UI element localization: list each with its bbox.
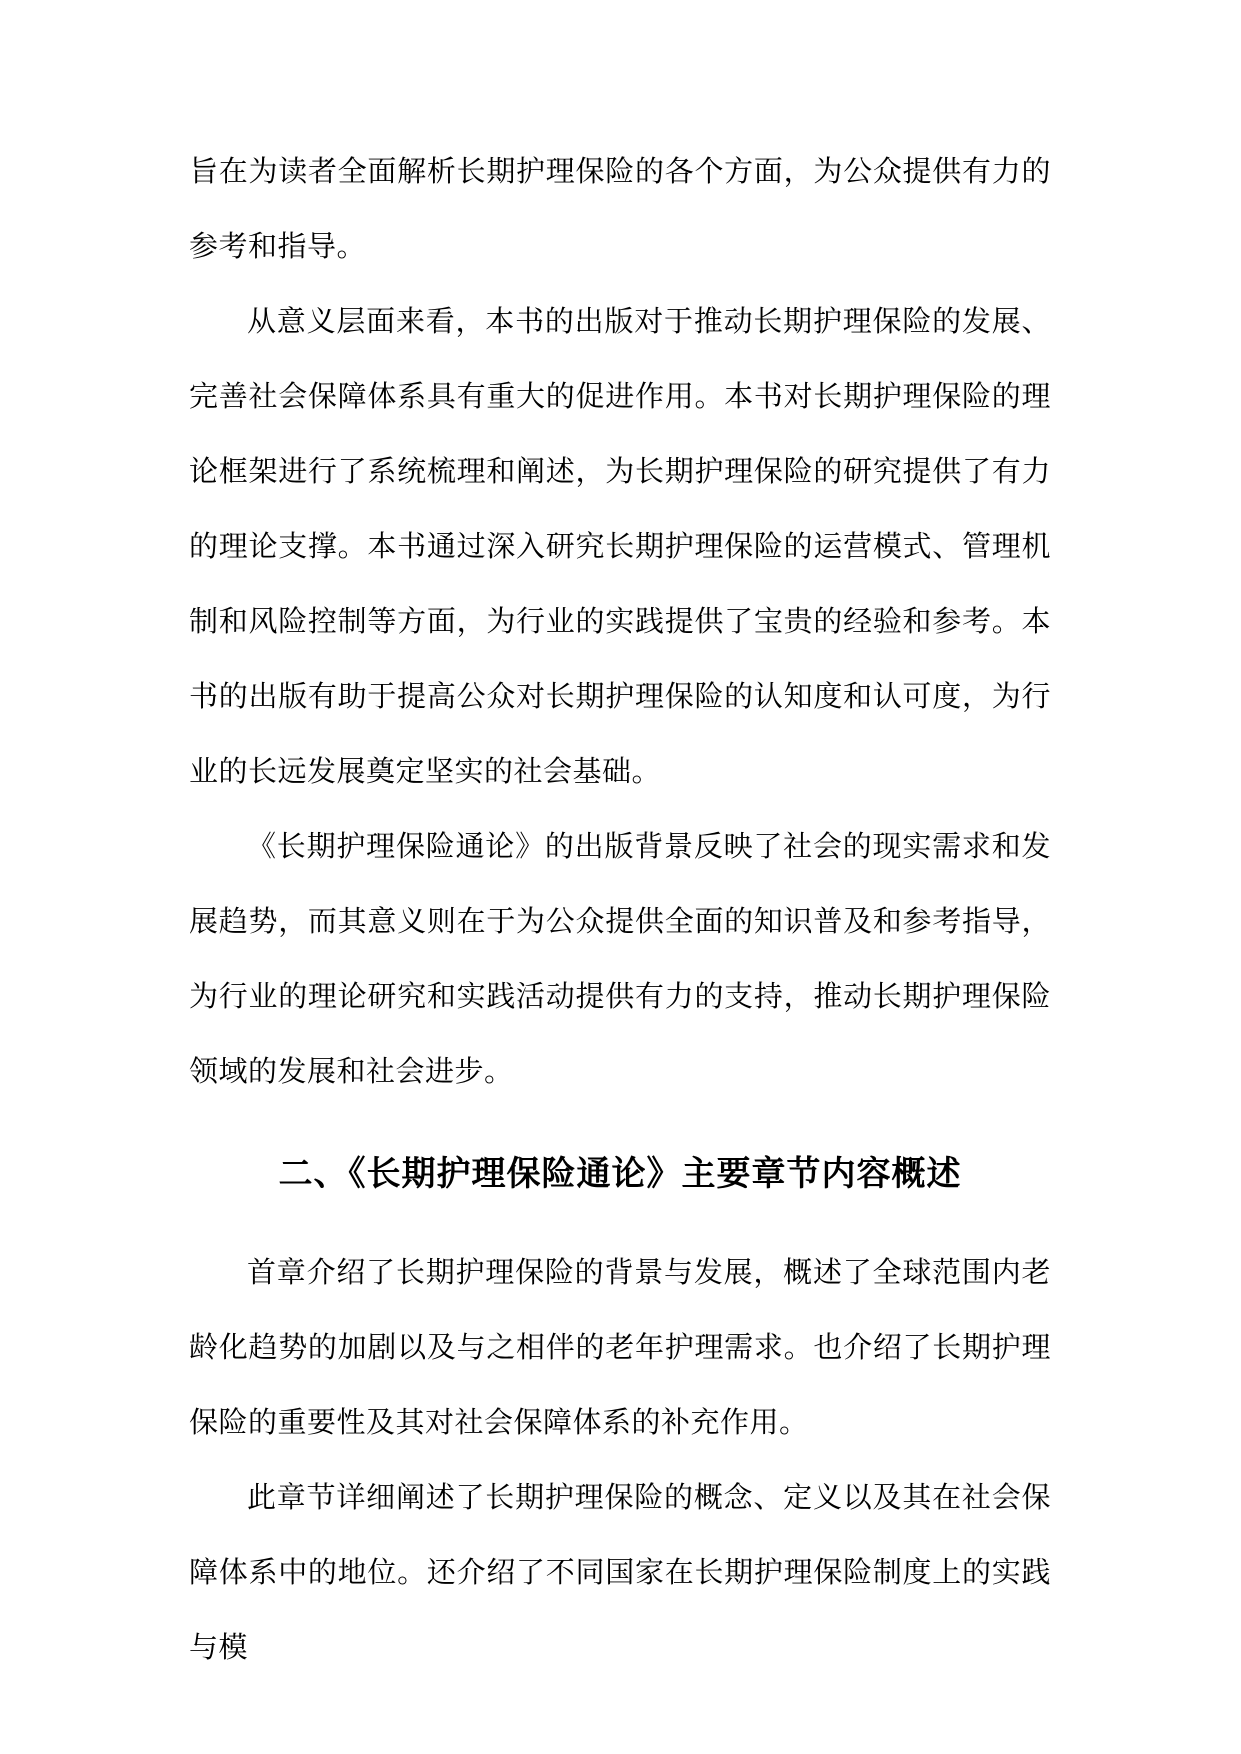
paragraph-significance: 从意义层面来看，本书的出版对于推动长期护理保险的发展、完善社会保障体系具有重大的… [189, 285, 1051, 810]
section-heading-chapter-overview: 二、《长期护理保险通论》主要章节内容概述 [189, 1132, 1051, 1218]
paragraph-background-summary: 《长期护理保险通论》的出版背景反映了社会的现实需求和发展趋势，而其意义则在于为公… [189, 810, 1051, 1110]
paragraph-continuation: 旨在为读者全面解析长期护理保险的各个方面，为公众提供有力的参考和指导。 [189, 135, 1051, 285]
paragraph-chapter-concepts: 此章节详细阐述了长期护理保险的概念、定义以及其在社会保障体系中的地位。还介绍了不… [189, 1461, 1051, 1686]
paragraph-first-chapter: 首章介绍了长期护理保险的背景与发展，概述了全球范围内老龄化趋势的加剧以及与之相伴… [189, 1236, 1051, 1461]
document-page: 旨在为读者全面解析长期护理保险的各个方面，为公众提供有力的参考和指导。 从意义层… [0, 0, 1241, 1754]
